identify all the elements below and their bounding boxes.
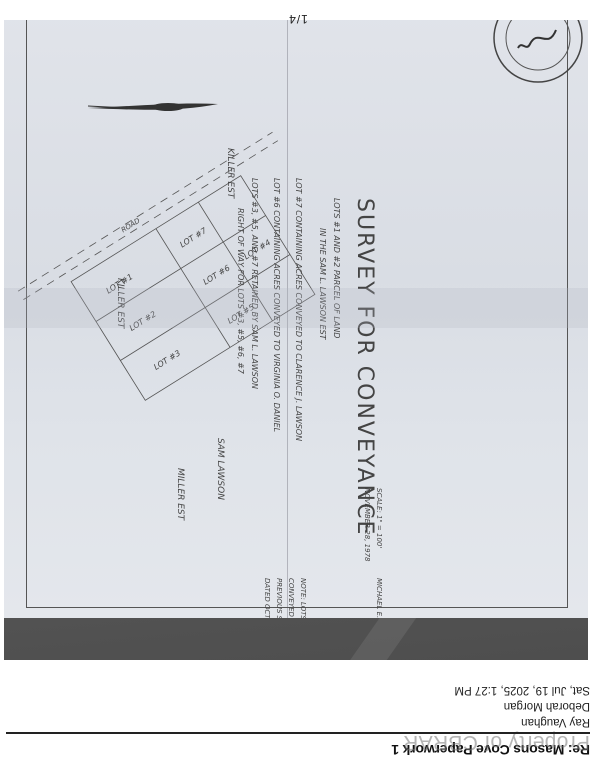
svg-text:NOTE: LOTS #1 AND #2: NOTE: LOTS #1 AND #2 bbox=[299, 578, 307, 618]
north-arrow-icon bbox=[88, 103, 218, 111]
svg-text:SCALE: 1" = 100': SCALE: 1" = 100' bbox=[375, 488, 383, 548]
svg-text:LOT #3: LOT #3 bbox=[152, 348, 182, 371]
lot-parcel-map bbox=[18, 132, 357, 427]
svg-text:DATED OCTOBER 21, 1972: DATED OCTOBER 21, 1972 bbox=[263, 578, 271, 618]
surveyor-seal-icon bbox=[494, 20, 582, 82]
svg-text:SAM LAWSON: SAM LAWSON bbox=[215, 438, 225, 500]
svg-text:LOT #7 CONTAINING ACRES CONVEY: LOT #7 CONTAINING ACRES CONVEYED TO CLAR… bbox=[294, 178, 303, 441]
svg-text:MICHAEL E. VAUGHN: MICHAEL E. VAUGHN bbox=[375, 578, 383, 618]
survey-drawing: CERTIFIED LAND SURVEYOR SURVEY FOR CONVE… bbox=[4, 20, 588, 618]
svg-text:LOT #7: LOT #7 bbox=[178, 226, 209, 250]
svg-text:ROAD: ROAD bbox=[120, 216, 142, 234]
page-indicator: 1/4 bbox=[0, 12, 596, 26]
scanned-email-page: Re: Masons Cove Paperwork 1 Property of … bbox=[0, 0, 596, 768]
svg-text:LOTS #3, #5, AND #7 RETAINED B: LOTS #3, #5, AND #7 RETAINED BY SAM L. L… bbox=[250, 178, 259, 389]
svg-text:NOVEMBER 28, 1978: NOVEMBER 28, 1978 bbox=[363, 488, 371, 562]
header-divider bbox=[6, 732, 590, 734]
email-sender: Ray Vaughan bbox=[521, 716, 590, 728]
svg-text:LOT #2: LOT #2 bbox=[128, 309, 158, 332]
svg-text:MILLER EST: MILLER EST bbox=[175, 468, 185, 522]
svg-text:CONVEYED BY: CONVEYED BY bbox=[287, 578, 295, 618]
svg-text:KILLER EST: KILLER EST bbox=[115, 278, 125, 330]
svg-text:LOT #5: LOT #5 bbox=[226, 302, 256, 325]
survey-plat-paper: CERTIFIED LAND SURVEYOR SURVEY FOR CONVE… bbox=[4, 20, 588, 618]
svg-text:PREVIOUS SURVEY: PREVIOUS SURVEY bbox=[275, 578, 283, 618]
email-date: Sat, Jul 19, 2025, 1:27 PM bbox=[454, 684, 590, 696]
survey-title: SURVEY FOR CONVEYANCE bbox=[352, 198, 377, 536]
svg-text:IN THE SAM L. LAWSON EST: IN THE SAM L. LAWSON EST bbox=[318, 228, 327, 341]
svg-text:KILLER EST: KILLER EST bbox=[225, 148, 235, 200]
svg-text:LOT #6 CONTAINING ACRES CONVEY: LOT #6 CONTAINING ACRES CONVEYED TO VIRG… bbox=[272, 178, 281, 432]
svg-text:LOTS #1 AND #2 PARCEL OF LAND: LOTS #1 AND #2 PARCEL OF LAND bbox=[332, 198, 341, 338]
scanned-photo: CERTIFIED LAND SURVEYOR SURVEY FOR CONVE… bbox=[4, 20, 588, 660]
svg-text:LOT #6: LOT #6 bbox=[202, 263, 232, 286]
email-recipient: Deborah Morgan bbox=[504, 700, 590, 712]
